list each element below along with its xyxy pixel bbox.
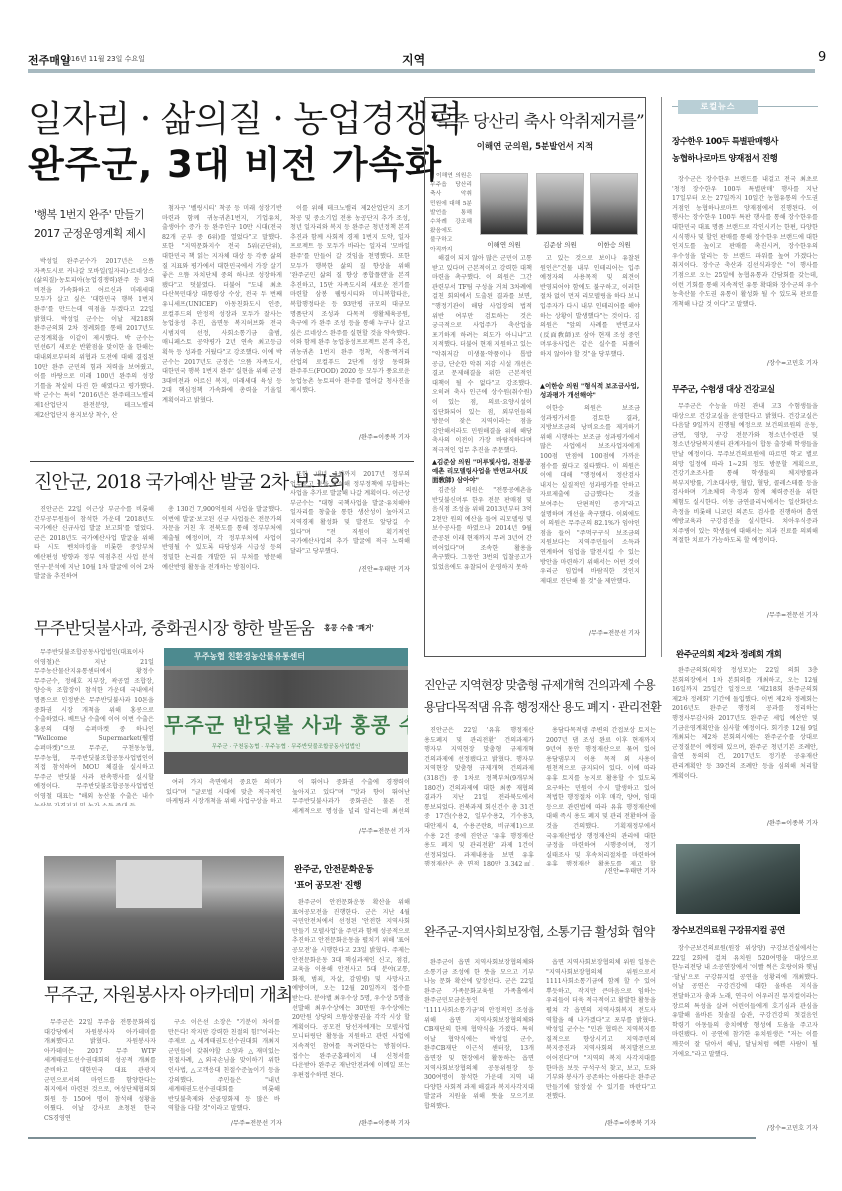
muju-apple-headline: 무주반딧불사과, 중화권시장 향한 발돋움 [34,618,314,640]
footer-divider [28,1137,756,1139]
photo-banner: 무주군 반딧불 사과 홍콩 수출 [164,708,408,742]
main-byline: /완주=이종복 기자 [300,432,410,441]
main-body-col1: 박성일 완주군수가 2017년은 으뜸 자족도시로 커나갈 모바일(일자리)·르… [34,257,154,443]
jinan-budget-col3: 또한 내년 1월까지 2017년 정부의 업무보고 등을 분석해 정부정책에 부… [290,470,410,556]
musical-photo [676,844,800,914]
jinan-reg-col2: 용담다목적댐 주변의 간접보상 토지는 2007년 댐 조성 완료 이후 현재까… [546,726,656,866]
safety-body: 완주군이 안전문화운동 확산을 위해 표어공모전을 진행한다. 군은 지난 4월… [292,898,410,1128]
welfare-col2: 읍면 지역사회보장협의체 위원 일동은 "지역사회보장협의체 위원으로서 111… [546,958,656,1118]
muju-apple-col3: 이 뛰어나 중화권 수출에 경쟁력이 높아지고 있다"며 "맛과 향이 뛰어난 … [292,778,410,816]
hanwoo-byline: /장수=고민호 기자 [730,358,818,367]
musical-byline: /장수=고민호 기자 [730,1123,818,1132]
boxed-headline: “무주 당산리 축사 악취제거를” [430,111,640,133]
portrait-caption-1: 이해연 의원 [476,240,532,249]
photo-screen [116,860,202,908]
boxed-body-col1b: 김준삼 의원은 "전통공예촌을 반딧불신머루 한우 전문 판매점 및 음식점 조… [432,486,532,584]
photo-crowd [164,670,408,708]
portrait-photo-2 [536,173,584,235]
boxed-subhead: 이해연 군의원, 5분발언서 지적 [430,140,640,152]
council-body: 완주군의회(의장 정성모)는 22일 의회 3층 본회의장에서 1차 본회의를 … [672,666,818,792]
boxed-lead: 이해연 의원은 무주읍 당산리 축사 악취 민원에 대해 5분 발언을 통해 수… [430,172,472,252]
muju-apple-col2: 여러 가지 측면에서 중요한 의미가 있다"며 "글로벌 시대에 맞춘 적극적인… [166,778,282,806]
volunteer-headline: 무주군, 자원봉사자 아카데미 개최 [44,984,292,1008]
welfare-headline: 완주군-지역사회보장협, 소통기금 활성화 협약 [424,923,654,941]
volunteer-photo [44,856,284,980]
volunteer-col1: 무주군은 22일 무주읍 전통문화의집 대강당에서 자원봉사자 아카데미를 개최… [44,1018,156,1128]
jinan-budget-col1: 진안군은 22일 이근상 부군수를 비롯해 간부공무원들이 참석한 가운데 '2… [34,505,154,581]
council-headline: 완주군의회 제2차 정례회 개회 [676,648,781,660]
muju-apple-photo: 무주농협 친환경농산물유통센터 무주군 반딧불 사과 홍콩 수출 무주군 · 구… [164,648,408,774]
safety-byline: /완주=이종복 기자 [340,1118,410,1127]
welfare-col1: 완주군이 읍면 지역사회보장협의체와 소통기금 조성에 한 뜻을 모으고 기부 … [424,958,534,1126]
divider [30,461,414,462]
hanwoo-body: 장수군은 장수한우 브랜드를 내걸고 전국 최초로 '청정 장수한우 100두 … [672,175,818,361]
jinan-reg-byline: /진안=우태만 기자 [580,866,656,875]
portrait-caption-2: 김준삼 의원 [532,240,588,249]
health-body: 무주군은 수능을 마친 관내 고3 수험생들을 대상으로 건강교실을 운영한다고… [672,402,818,602]
portrait-photo-1 [480,173,528,235]
main-headline-line1: 일자리 · 삶의질 · 농업경쟁력 [28,100,462,140]
main-subhead-line1: '행복 1번지 완주' 만들기 [34,205,159,224]
health-byline: /무주=전문선 기자 [730,610,818,619]
column-divider [661,97,662,657]
hanwoo-headline: 장수한우 100두 특별판매행사 농협하나로마트 양재점서 진행 [672,134,778,168]
boxed-caption-lee: ▲이한승 의원 "형식적 보조금사업, 성과평가 개선해야" [540,382,640,400]
portrait-photo-3 [590,173,638,235]
main-subhead: '행복 1번지 완주' 만들기 2017 군정운영계획 제시 [34,205,159,243]
photo-sponsors: 무주군 · 구천동농협 · 무주농협 · 무주반딧불조합공동사업법인 [164,742,408,752]
main-headline-line2: 완주군, 3대 비전 가속화 [28,144,442,186]
main-body-col3: 이를 위해 테크노밸리 제2산업단지 조기 착공 및 중소기업 전용 농공단지 … [290,204,410,432]
muju-apple-byline: /무주=전문선 기자 [330,826,410,835]
muju-apple-col1: 무주반딧불조합공동사업법인(대표이사 이영철)은 지난 21일 무주농산물산지유… [34,648,154,806]
jinan-budget-col2: 총 130건 7,900억원의 사업을 발굴했다. 이번에 발굴·보고된 신규 … [162,505,282,581]
volunteer-byline: /무주=전문선 기자 [220,1118,282,1127]
safety-headline: 완주군, 안전문화운동 '표어 공모전' 진행 [294,862,373,894]
sidebar-tag: 로컬뉴스 [678,100,758,114]
volunteer-col2: 구소 이은선 소장은 "기분이 차이를 만든다! 작지만 강력한 친절의 힘!"… [168,1018,280,1128]
boxed-body-col2b: 이한승 의원은 보조금 성과평가서를 검토한 결과, 지방보조금의 낭비요소를 … [540,404,640,622]
musical-body: 장수군보건의료원(원장 위상양) 구강보건실에서는 22일 2회에 걸쳐 유치원… [672,944,818,1124]
photo-ground [164,752,408,774]
main-subhead-line2: 2017 군정운영계획 제시 [34,224,159,243]
boxed-body-col2: 고 있는 것으로 보이나 유찰된 원인은"건물 내부 인테리어는 입주 예정자의… [540,254,640,364]
musical-headline: 장수보건의료원 구강뮤지컬 공연 [672,924,785,936]
page-number: 9 [818,50,826,65]
issue-date: 2016년 11월 23일 수요일 [62,54,145,64]
header-divider [28,69,815,73]
council-byline: /완주=이종복 기자 [730,818,818,827]
section-title: 지역 [402,51,425,68]
boxed-byline: /무주=전문선 기자 [560,628,640,637]
photo-sign: 무주농협 친환경농산물유통센터 [164,648,408,666]
jinan-reg-headline: 진안군 지역현장 맞춤형 규제개혁 건의과제 수용 용담다목적댐 유휴 행정재산… [424,674,661,718]
welfare-byline: /완주=이종복 기자 [590,1118,656,1127]
jinan-budget-byline: /진안=우태만 기자 [330,564,410,573]
health-headline: 무주군, 수험생 대상 건강교실 [672,383,775,395]
boxed-body-col1: 해결이 되지 않아 많은 군민이 고통 받고 있다며 근본적이고 강력한 대책 … [432,254,532,454]
main-body-col2: 첨자구 '벨링시티' 착공 등 미래 성장기반 마련과 함께 귀농귀촌1번지, … [162,204,282,444]
jinan-reg-col1: 진안군은 22일 '유휴 행정재산 용도폐지 및 관리전환' 건의과제가 행자부… [424,726,534,866]
portrait-caption-3: 이한승 의원 [586,240,642,249]
muju-apple-kicker: 홍콩 수출 '쾌거' [324,623,374,633]
boxed-caption-kim: ▲김준삼 의원 "머루빛사업, 전통공예촌 리모델링사업을 반면교사(反面敎師)… [432,458,532,485]
